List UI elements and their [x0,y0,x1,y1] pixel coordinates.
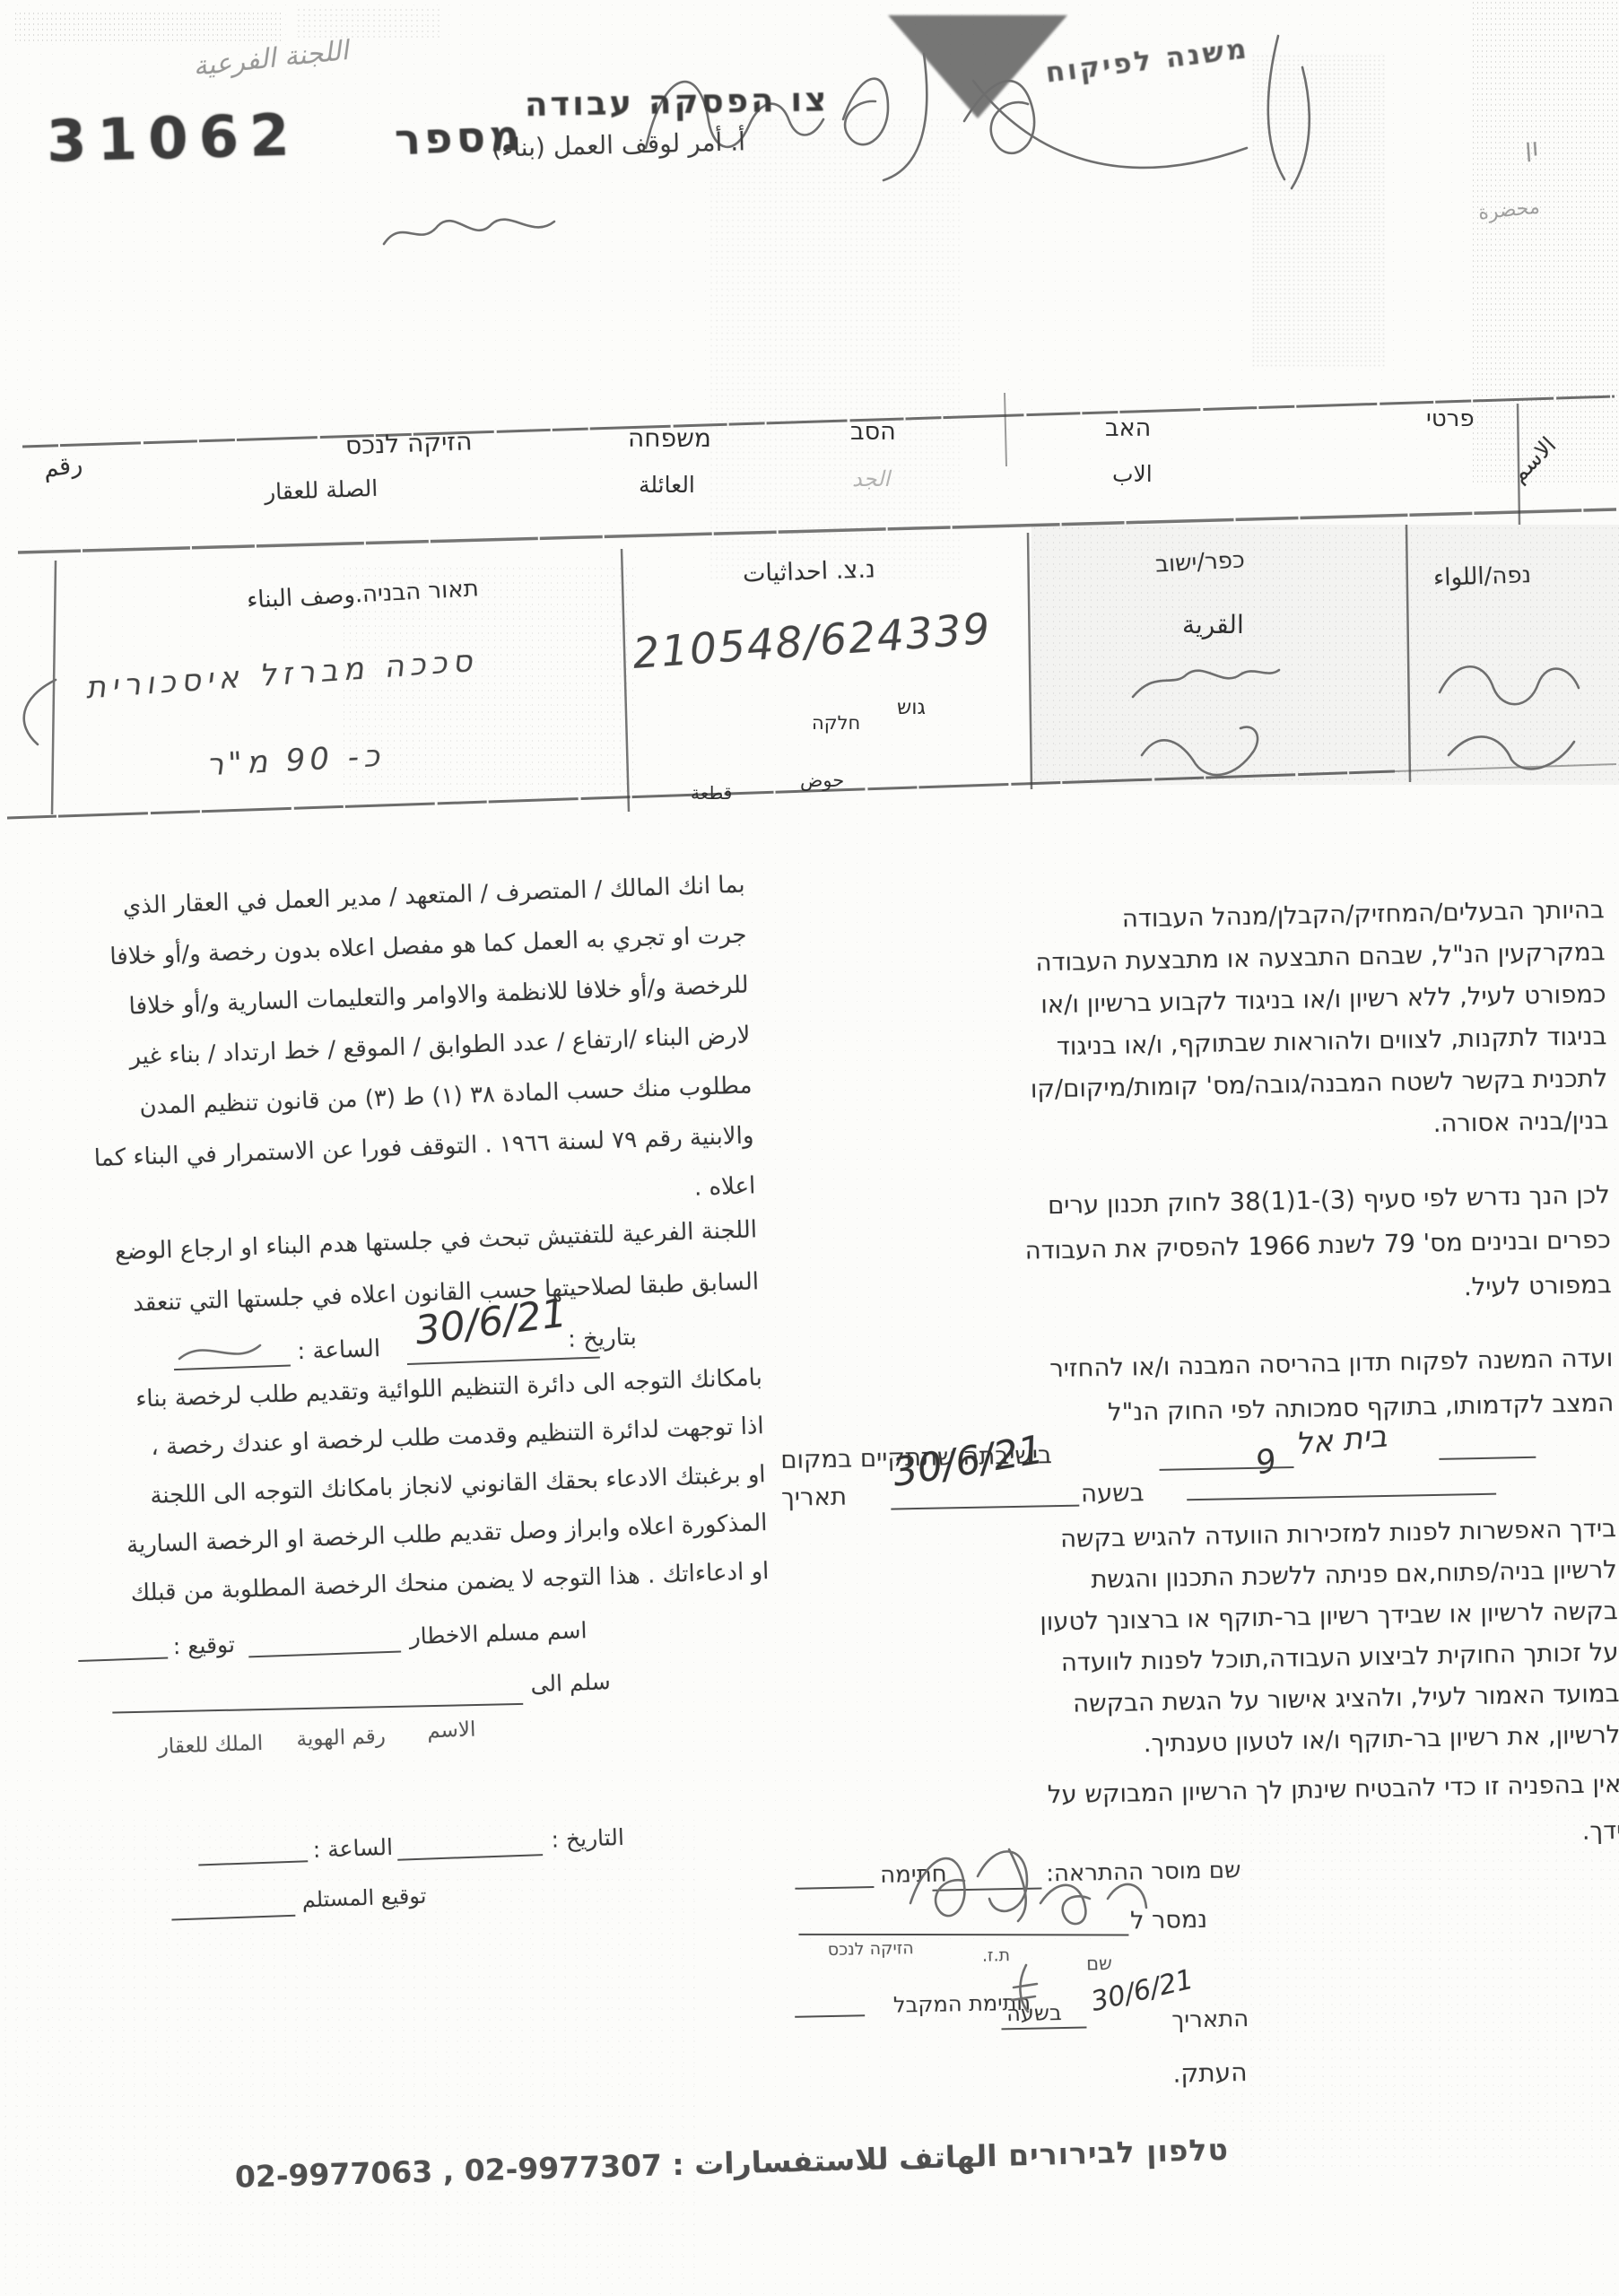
date1-value: 30/6/21 [889,1427,1047,1496]
footer-phone-line: טלפון לבירורים الهاتف للاستفسارات : ⁦02-… [251,2132,1230,2194]
ar-small-owner: الملك للعقار [158,1732,263,1759]
delivered-signature [1031,1867,1166,1930]
notifier-sig-line2 [795,1884,874,1890]
he-line: כמפורט לעיל, ללא רשיון ו/או בניגוד לקבוע… [1040,979,1606,1019]
cell-coords-label: נ.צ. احداثيات [743,555,876,587]
coords-parcel-label-ar: قطعة [691,782,732,804]
he-line: לרשיון בניה/פתוח,אם פניתה ללשכת התכנון ו… [1091,1555,1617,1594]
ar-notifier-line2 [78,1656,168,1662]
col-father-he: האב [1105,414,1151,442]
small-label-relation: הזיקה לנכס [828,1938,914,1960]
ar-receiver-sig-label: توقيع المستلم [301,1883,427,1913]
he-line: ועדה המשנה לפקוח תדון בהריסה המבנה ו/או … [1049,1344,1614,1383]
ar-notifier-label: اسم مسلم الاخطار [409,1617,588,1649]
he-line: במקרקעין הנ"ל, שבהם התבצעה או מתבצעת העב… [1035,937,1606,977]
he-line: במועד האמור לעיל, ולהציג אישור על הגשת ה… [1073,1679,1619,1718]
notifier-signature [892,1822,1049,1930]
ar-small-name: الاسم [427,1718,476,1744]
ar-line: المذكورة اعلاه وابراز وصل تقديم طلب الرخ… [126,1509,767,1559]
small-label-name: שם [1086,1952,1112,1975]
date1-label: תאריך [781,1483,848,1512]
date1-hour-label: בשעה [1081,1478,1145,1508]
village-handwriting [1119,657,1290,791]
ar-line: مطلوب منك حسب المادة ٣٨ (١) ط (٣) من قان… [139,1072,753,1120]
margin-handwriting-mark [2,671,65,756]
coords-basin-label-ar: حوض [800,770,844,791]
table-grid [0,0,1619,861]
date1-hour-value: 9 [1252,1442,1281,1483]
ar-small-id: رقم الهوية [296,1725,386,1751]
ar-line: والابنية رقم ٧٩ لسنة ١٩٦٦ . التوقف فورا … [93,1122,753,1172]
col-name-he: פרטי [1426,405,1475,432]
ar-date1-line [407,1355,600,1366]
col-family-ar: العائلة [639,472,695,498]
ar-line: اذا توجهت لدائرة التنظيم وقدمت طلب لرخصة… [151,1413,764,1461]
ar-line: لارض البناء /ارتفاع / عدد الطوابق / المو… [129,1022,751,1070]
session-place-value: בית אל [1293,1418,1388,1462]
scanned-stop-work-order-page: اللجنة الفرعية משנה לפיקוח צו הפסקה עבוד… [0,0,1619,2296]
hebrew-body-column: בהיותך הבעלים/המחזיק/הקבלן/מנהל העבודה ב… [753,879,1619,2151]
he-line: בניגוד לתקנות, לצווים ולהוראות שבתוקף, ו… [1057,1022,1607,1061]
ar-hour-squiggle [170,1332,269,1372]
coords-block-label: גוש [897,696,926,719]
date2-left-line [795,2013,865,2017]
copy-label: העתק. [1172,2057,1248,2089]
ar-line: جرت او تجري به العمل كما هو مفصل اعلاه ب… [109,922,747,971]
he-line: על זכותך החוקית לביצוע העבודה,תוכל לפנות… [1061,1638,1619,1677]
district-handwriting [1422,639,1606,782]
ar-date2-label: التاريخ : [551,1824,624,1853]
cell-district-label: נפה/اللواء [1433,561,1532,592]
he-line: ידך. [1581,1816,1619,1846]
ar-line: للرخصة و/أو خلافا للانظمة والاوامر والتع… [128,971,749,1020]
coords-parcel-label-he: חלקה [812,712,860,734]
he-line: כפרים ובנינים מס' 79 לשנת 1966 להפסיק את… [1024,1225,1611,1265]
ar-line: اعلاه . [693,1172,755,1201]
ar-line: او برغبتك الادعاء بحقك القانوني لانجاز ب… [150,1461,766,1509]
delivered-line [798,1932,1128,1936]
ar-line: او ادعاءاتك . هذا التوجه لا يضمن منحك ال… [130,1558,770,1607]
col-relation-he: הזיקה לנכס [344,427,472,461]
ar-line: بما انك المالك / المتصرف / المتعهد / مدي… [122,872,745,920]
ar-date2-line2 [198,1858,308,1865]
he-line: לתכנית בקשר לשטח המבנה/גובה/מס' קומות/מי… [1031,1064,1608,1103]
ar-date1-label: بتاريخ : [568,1324,638,1353]
he-line: בידך האפשרות לפנות למזכירות הוועדה להגיש… [1060,1514,1616,1553]
he-line: בנין/בניה אסורה. [1432,1106,1608,1138]
col-number-ar: رقم [41,450,84,483]
cell-village-label-ar: القرية [1182,610,1244,639]
he-line: בהיותך הבעלים/המחזיק/הקבלן/מנהל העבודה [1122,895,1605,933]
cell-village-label-he: כפר/ישוב [1154,546,1245,578]
ar-date2-hour-label: الساعة : [312,1834,393,1863]
he-line: בקשה לרשיון או שבידך רשיון בר-תוקף או בר… [1040,1596,1618,1636]
he-line: אין בהפניה זו כדי להבטיח שינתן לך הרשיון… [1048,1770,1619,1809]
he-line: לרשיון, את רשיון בר-תוקף ו/או לטעון טענת… [1143,1720,1619,1758]
col-relation-ar: الصلة للعقار [265,475,379,505]
arabic-body-column: بما انك المالك / المتصرف / المتعهد / مدي… [13,858,783,2013]
col-grandfather-he: הסב [850,418,896,446]
he-line: לכן הנך נדרש לפי סעיף ⁦38(1)1-(3)⁩ לחוק … [1048,1180,1610,1220]
ar-notifier-line1 [248,1648,401,1657]
he-line: במפורט לעיל. [1464,1270,1612,1301]
ar-receiver-sig-line [171,1913,295,1921]
date2-hour-line [1001,2025,1086,2031]
ar-delivered-line [112,1701,523,1714]
col-family-he: משפחה [628,423,711,453]
col-grandfather-ar: الجد [852,466,890,491]
date1-hour-line [1187,1492,1496,1501]
receiver-mark [1006,1961,1046,2016]
ar-date2-line1 [397,1852,543,1861]
date2-label: התאריך [1171,2005,1249,2034]
ar-delivered-label: سلم الى [530,1668,611,1697]
ar-notifier-sig-label: توقيع : [172,1631,235,1659]
date1-line [891,1503,1079,1510]
ar-line: اللجنة الفرعية للتفتيش تبحث في جلستها هد… [114,1216,757,1265]
session-place-line2 [1439,1455,1536,1460]
col-father-ar: الاب [1112,461,1153,487]
ar-date1-hour-label: الساعة : [297,1335,381,1365]
